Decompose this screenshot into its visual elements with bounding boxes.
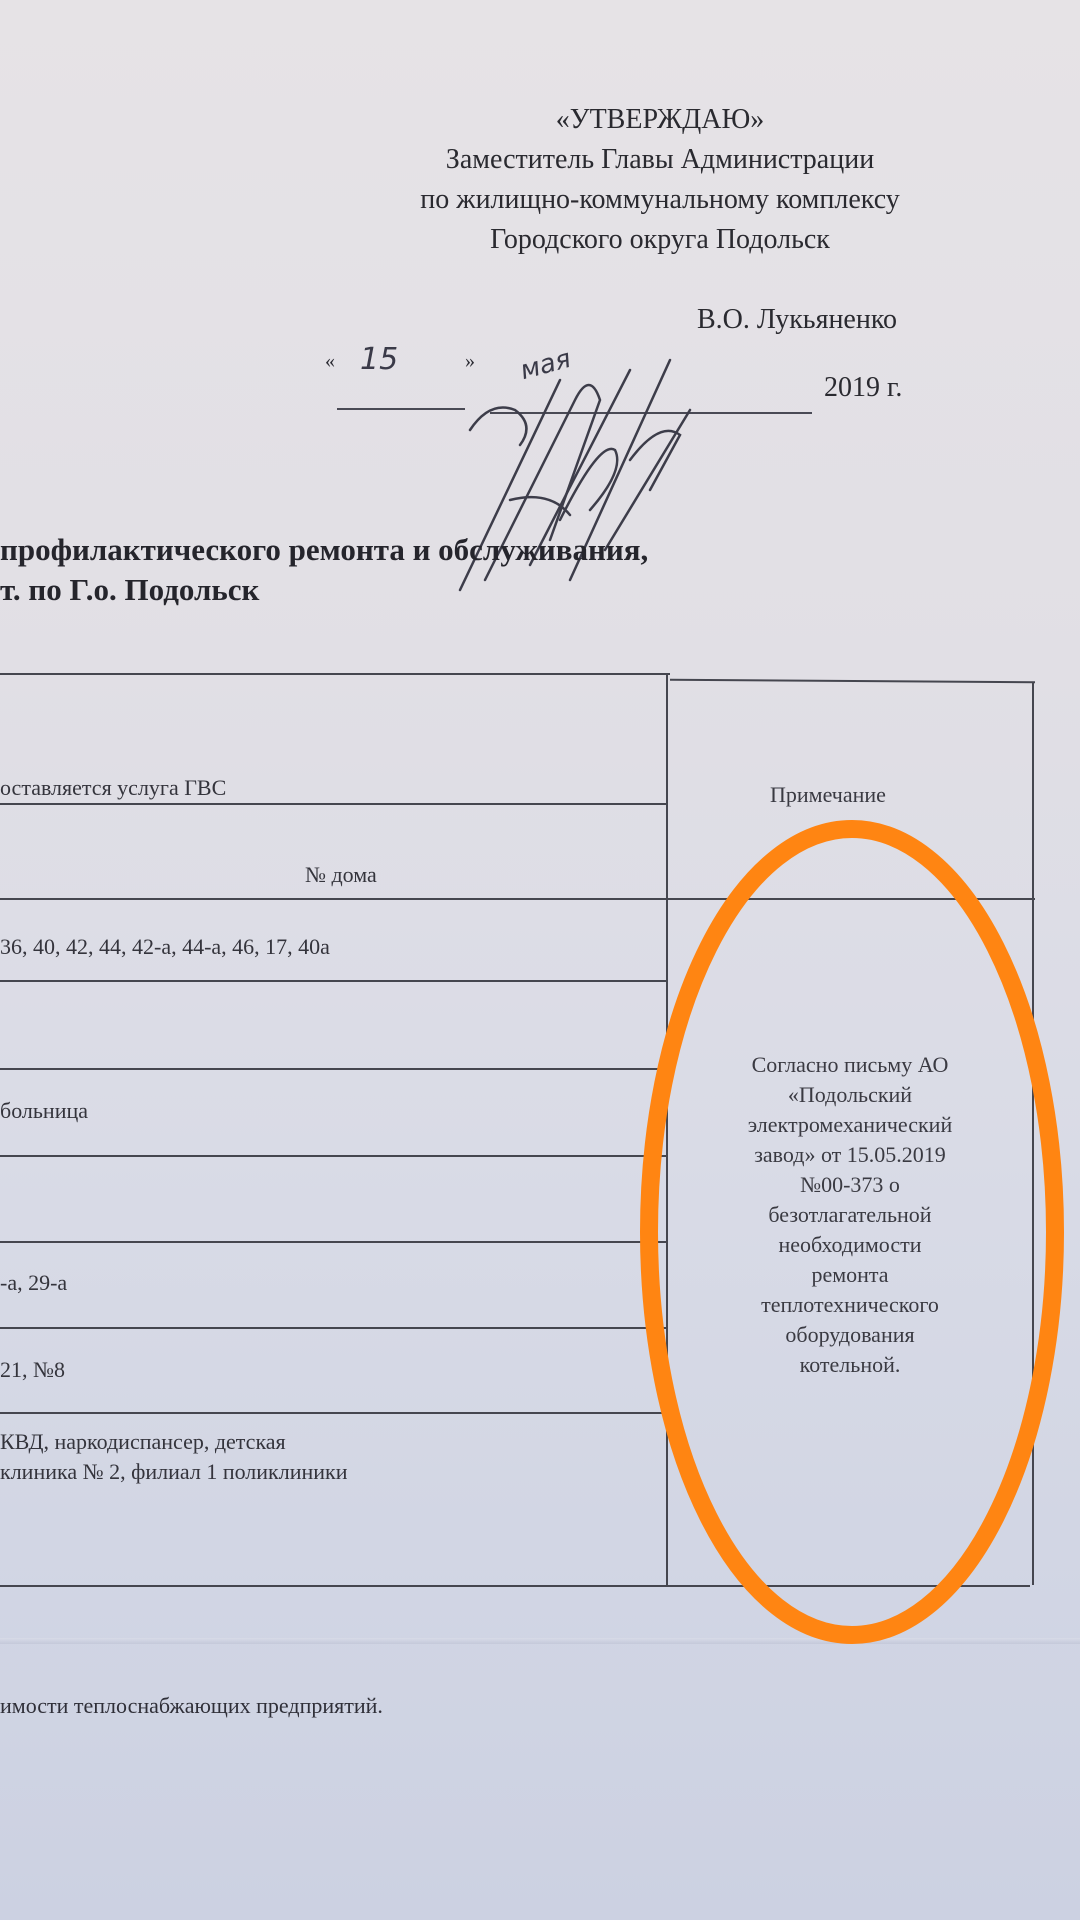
table-row: 36, 40, 42, 44, 42-а, 44-а, 46, 17, 40а — [0, 934, 330, 960]
document-photo: «УТВЕРЖДАЮ» Заместитель Главы Администра… — [0, 0, 1080, 1920]
document-title: профилактического ремонта и обслуживания… — [0, 530, 648, 610]
document-title-line2: т. по Г.о. Подольск — [0, 570, 648, 610]
note-line: Согласно письму АО — [672, 1050, 1028, 1080]
table-border-top — [0, 673, 670, 675]
table-line — [0, 1412, 666, 1414]
note-line: «Подольский — [672, 1080, 1028, 1110]
table-border-top-right — [670, 679, 1035, 684]
note-line: необходимости — [672, 1230, 1028, 1260]
table-row: 21, №8 — [0, 1357, 65, 1383]
footer-text: имости теплоснабжающих предприятий. — [0, 1693, 383, 1719]
approval-position-line3: Городского округа Подольск — [300, 220, 1020, 260]
note-line: котельной. — [672, 1350, 1028, 1380]
table-header-note: Примечание — [770, 782, 886, 808]
paper-fold — [0, 1638, 1080, 1644]
document-title-line1: профилактического ремонта и обслуживания… — [0, 530, 648, 570]
date-quote-open: « — [325, 350, 335, 373]
table-column-divider — [666, 675, 668, 1587]
table-row: больница — [0, 1098, 88, 1124]
table-line — [0, 980, 668, 982]
table-line — [0, 1327, 666, 1329]
table-line — [0, 1155, 668, 1157]
table-row: КВД, наркодиспансер, детская клиника № 2… — [0, 1427, 348, 1487]
approval-block: «УТВЕРЖДАЮ» Заместитель Главы Администра… — [300, 100, 1020, 260]
date-year: 2019 г. — [824, 372, 902, 404]
table-border-bottom — [0, 1585, 1030, 1587]
table-row: -а, 29-а — [0, 1270, 67, 1296]
table-note-cell: Согласно письму АО «Подольский электроме… — [672, 1050, 1028, 1380]
approval-position-line1: Заместитель Главы Администрации — [300, 140, 1020, 180]
note-line: оборудования — [672, 1320, 1028, 1350]
note-line: завод» от 15.05.2019 — [672, 1140, 1028, 1170]
signer-name: В.О. Лукьяненко — [697, 304, 897, 336]
approval-position-line2: по жилищно-коммунальному комплексу — [300, 180, 1020, 220]
date-day: 15 — [360, 342, 398, 377]
table-line — [0, 1241, 668, 1243]
note-line: электромеханический — [672, 1110, 1028, 1140]
table-line — [0, 803, 668, 805]
note-line: №00-373 о — [672, 1170, 1028, 1200]
table-header-house: № дома — [305, 862, 377, 888]
note-line: безотлагательной — [672, 1200, 1028, 1230]
table-header-service: оставляется услуга ГВС — [0, 775, 226, 801]
highlight-ellipse-icon — [0, 0, 1080, 1920]
approval-heading: «УТВЕРЖДАЮ» — [300, 100, 1020, 140]
table-line — [0, 1068, 668, 1070]
table-border-right — [1032, 682, 1034, 1585]
note-line: ремонта — [672, 1260, 1028, 1290]
table-line — [0, 898, 1035, 900]
note-line: теплотехнического — [672, 1290, 1028, 1320]
